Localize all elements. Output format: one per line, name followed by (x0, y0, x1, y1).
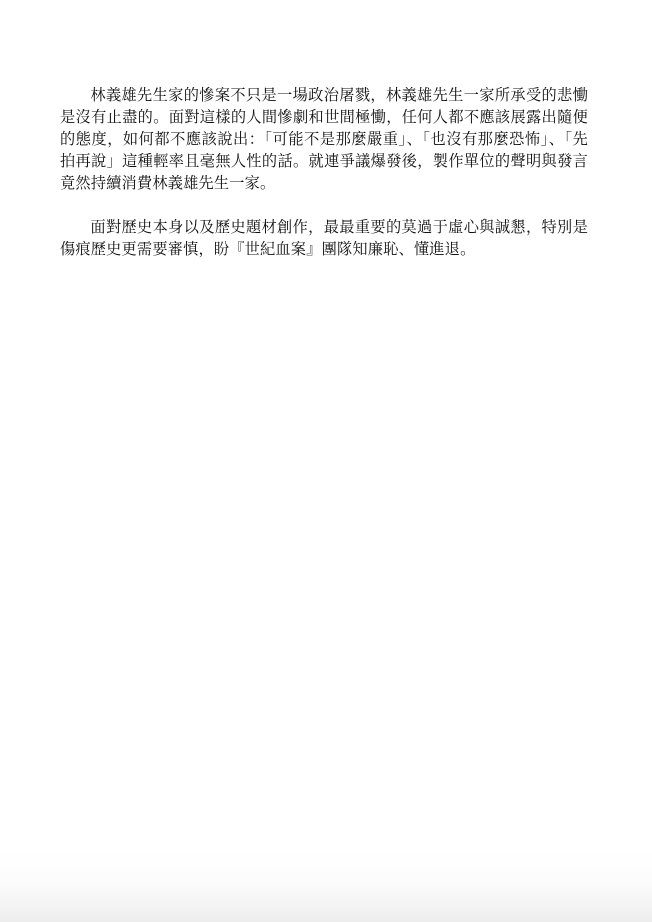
document-page: 林義雄先生家的慘案不只是一場政治屠戮，林義雄先生一家所承受的悲慟是沒有止盡的。面… (60, 84, 588, 260)
paragraph-1: 林義雄先生家的慘案不只是一場政治屠戮，林義雄先生一家所承受的悲慟是沒有止盡的。面… (60, 84, 588, 194)
paragraph-2: 面對歷史本身以及歷史題材創作，最最重要的莫過于虛心與誠懇，特別是傷痕歷史更需要審… (60, 216, 588, 260)
